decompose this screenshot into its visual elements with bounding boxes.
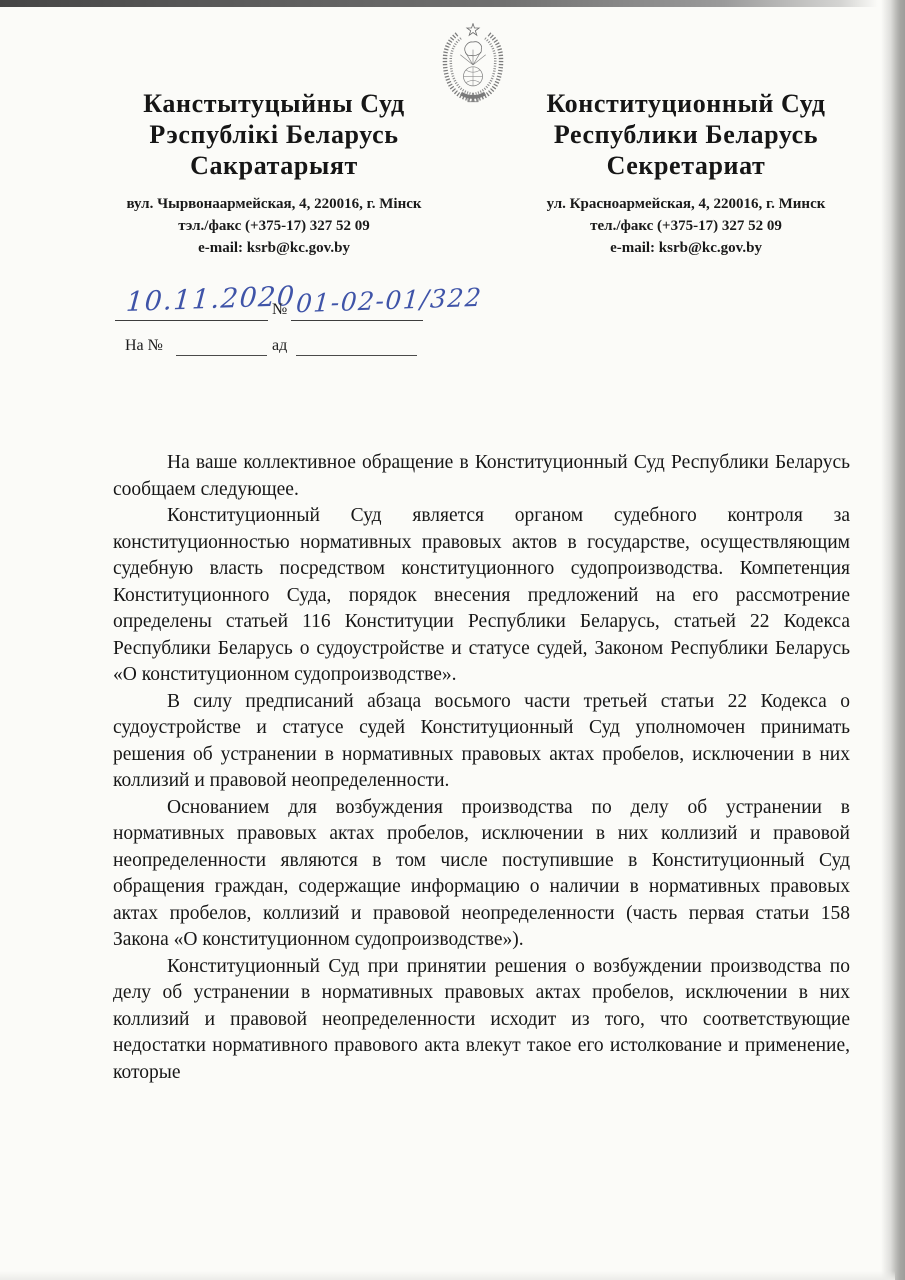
org-title-russian: Конституционный Суд Республики Беларусь … [492, 88, 880, 181]
reply-to-number-label: На № [125, 337, 163, 355]
body-paragraph: Основанием для возбуждения производства … [113, 795, 850, 954]
org-title-belarusian: Канстытуцыйны Суд Рэспублікі Беларусь Са… [78, 88, 470, 181]
date-underline [115, 320, 268, 321]
handwritten-date: 10.11.2020 [125, 281, 297, 318]
body-paragraph: Конституционный Суд является органом суд… [113, 503, 850, 689]
org-address-belarusian: вул. Чырвонаармейская, 4, 220016, г. Мін… [78, 193, 470, 259]
reply-from-date-label: ад [272, 337, 287, 355]
reply-to-number-blank [176, 355, 267, 356]
scanned-letter-page: Канстытуцыйны Суд Рэспублікі Беларусь Са… [0, 0, 905, 1280]
letterhead-russian-column: Конституционный Суд Республики Беларусь … [492, 88, 880, 259]
scan-artifact-bottom-edge [0, 1271, 895, 1280]
body-paragraph: В силу предписаний абзаца восьмого части… [113, 689, 850, 795]
reply-from-date-blank [296, 355, 417, 356]
number-underline [291, 320, 423, 321]
scan-artifact-right-edge [881, 0, 905, 1280]
handwritten-outgoing-number: 01-02-01/322 [295, 283, 483, 319]
body-paragraph: На ваше коллективное обращение в Констит… [113, 450, 850, 503]
number-sign-label: № [272, 301, 287, 319]
letter-body: На ваше коллективное обращение в Констит… [113, 450, 850, 1086]
letterhead-belarusian-column: Канстытуцыйны Суд Рэспублікі Беларусь Са… [78, 88, 470, 259]
scan-artifact-top-edge [0, 0, 905, 7]
body-paragraph: Конституционный Суд при принятии решения… [113, 954, 850, 1087]
org-address-russian: ул. Красноармейская, 4, 220016, г. Минск… [492, 193, 880, 259]
